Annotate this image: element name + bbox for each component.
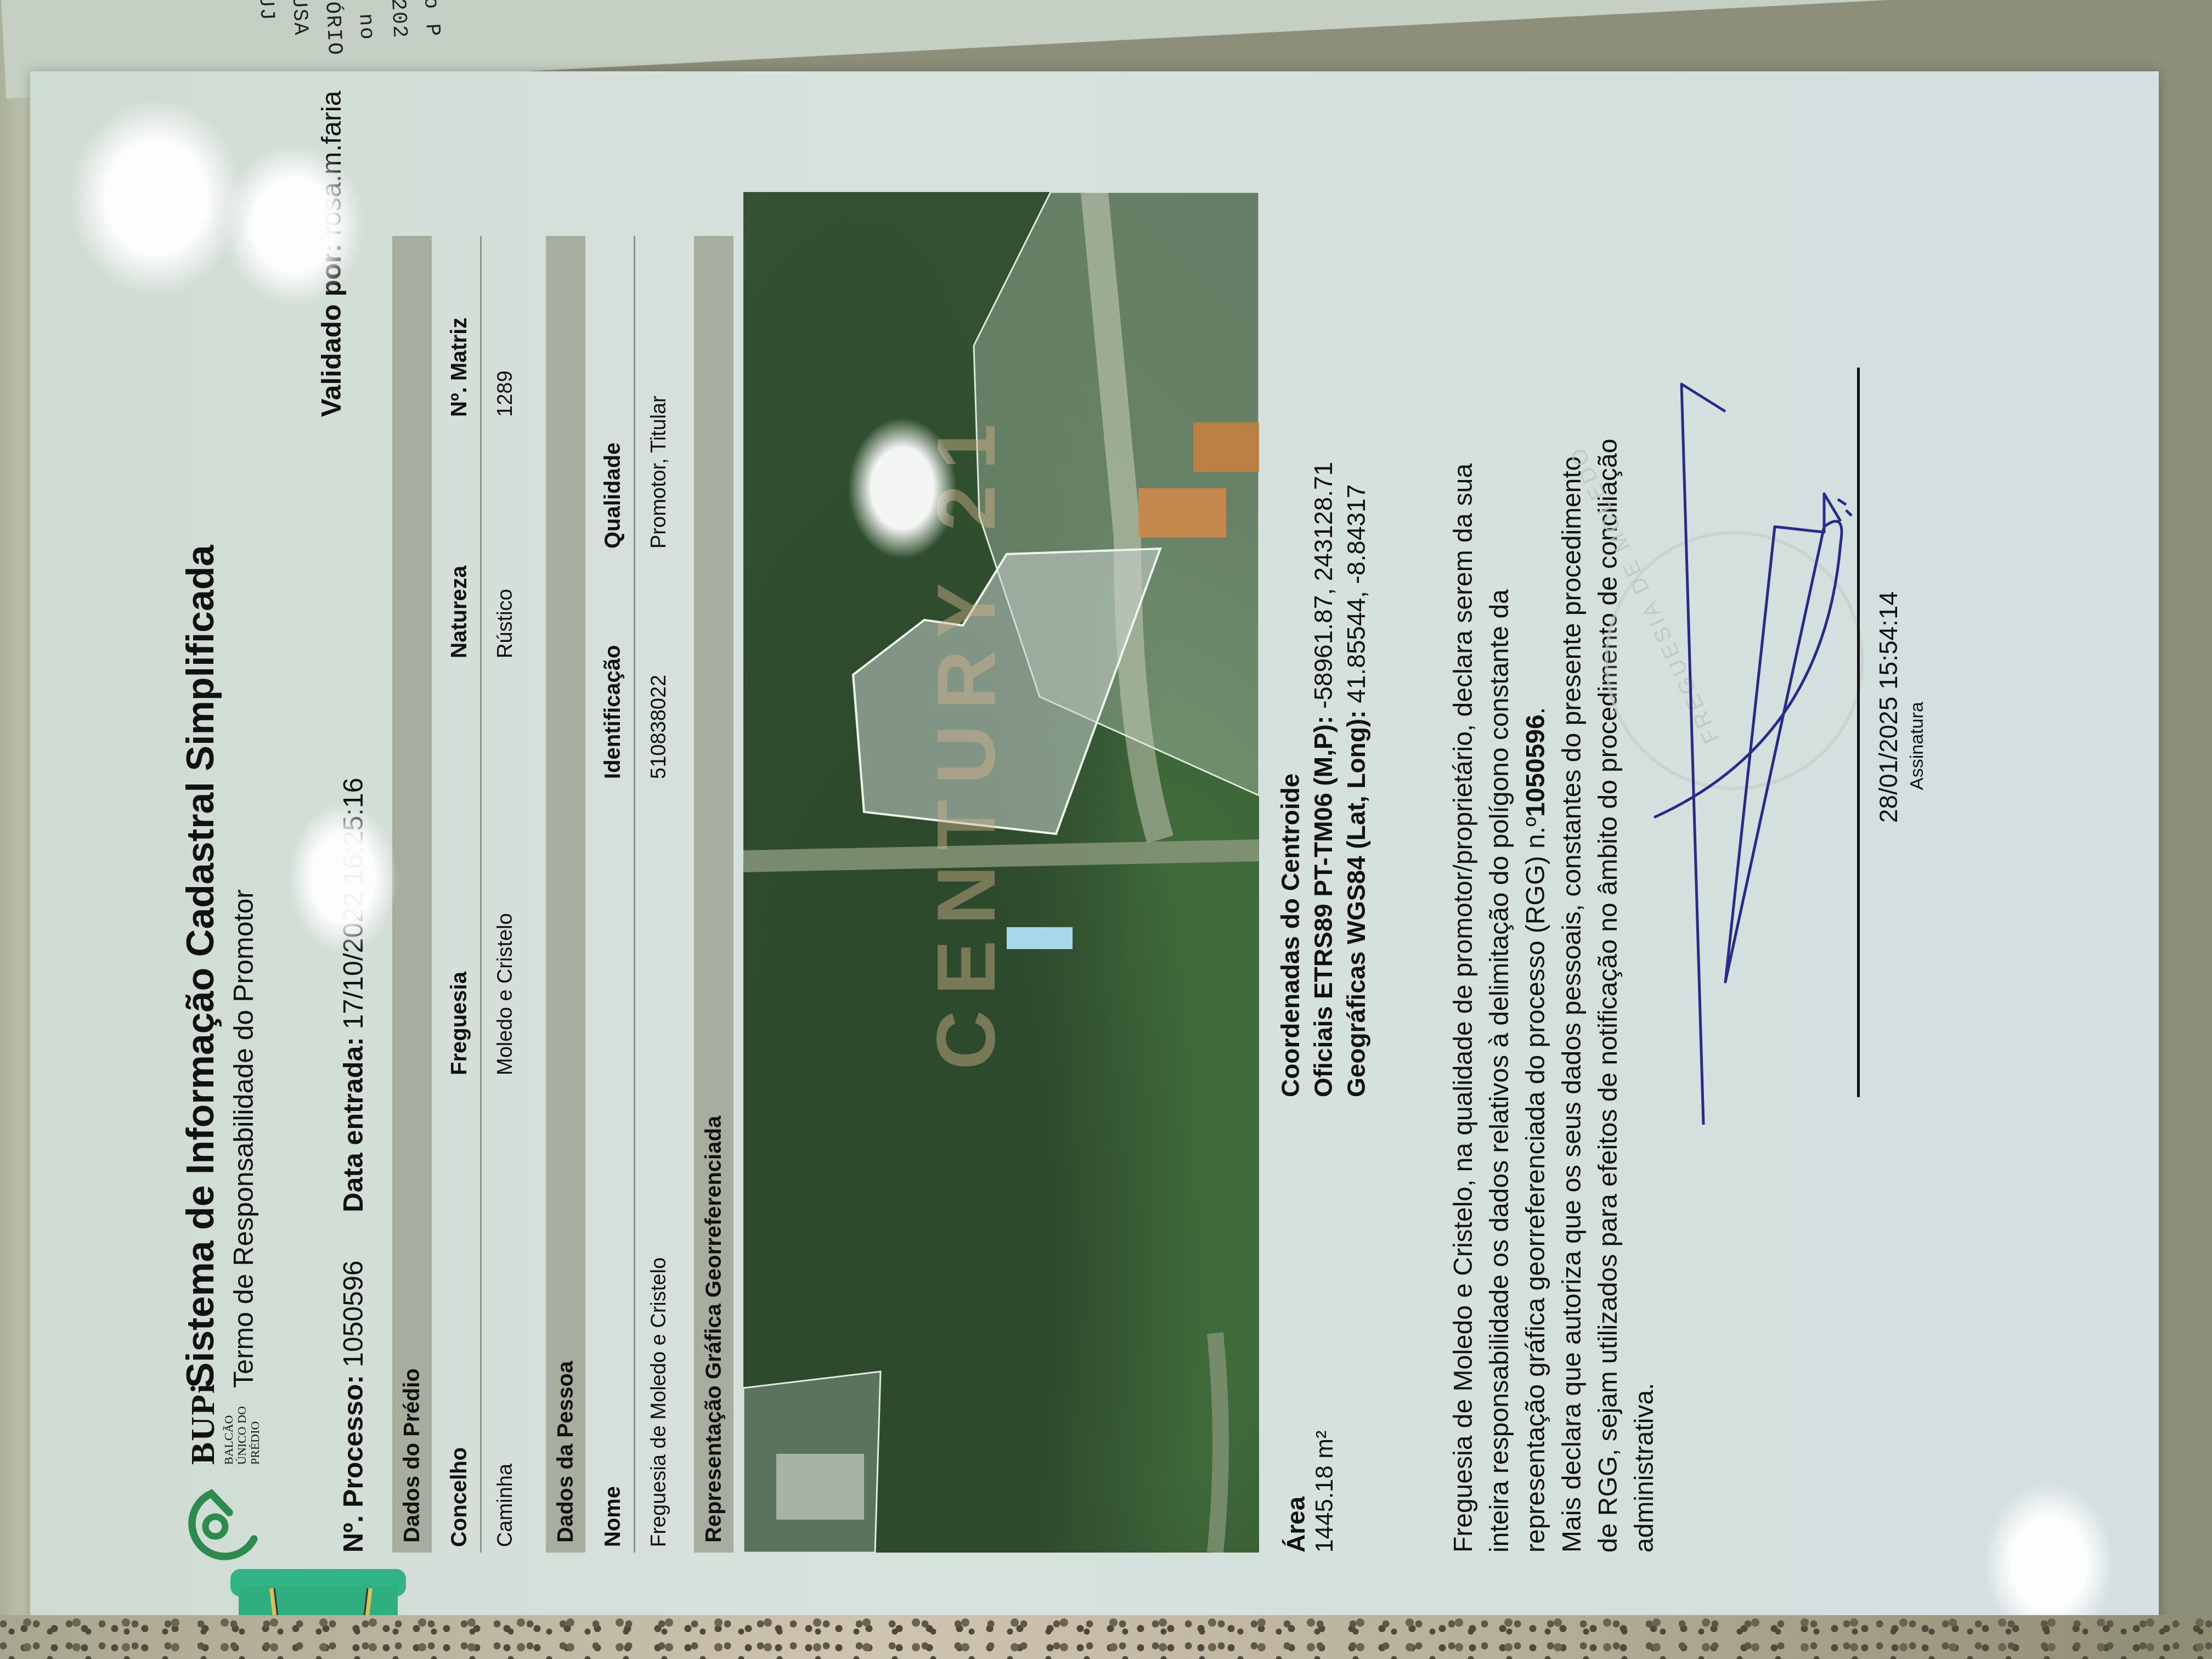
cell-qualidade: Promotor, Titular <box>647 396 671 549</box>
background-text: a do P <box>416 0 444 38</box>
document-page: BUPi BALCÃO ÚNICO DO PRÉDIO Sistema de I… <box>30 71 2159 1646</box>
row-divider <box>634 236 635 1553</box>
declaration-line: Mais declara que autoriza que os seus da… <box>1554 208 1590 1553</box>
row-divider <box>480 236 482 1553</box>
background-text: CAUSA <box>285 0 312 37</box>
declaration-line: Freguesia de Moledo e Cristelo, na quali… <box>1446 208 1482 1553</box>
area-label: Área <box>1281 1497 1311 1553</box>
declaration-line: de RGG, sejam utilizados para efeitos de… <box>1590 208 1627 1553</box>
cell-matriz: 1289 <box>494 370 517 417</box>
signature-label: Assinatura <box>1906 702 1928 790</box>
background-text: ado no <box>351 0 379 41</box>
handwritten-signature <box>1643 357 1874 1125</box>
processo-label: Nº. Processo: <box>338 1375 369 1553</box>
process-number: 1050596 <box>1521 714 1550 817</box>
brand-subtitle: BALCÃO ÚNICO DO PRÉDIO <box>222 1388 262 1465</box>
signature-line <box>1857 368 1860 1097</box>
background-text: VISÓRIO <box>318 0 346 57</box>
signature-date: 28/01/2025 15:54:14 <box>1874 591 1903 823</box>
light-glare <box>848 417 957 560</box>
declaration-line: inteira responsabilidade os dados relati… <box>1482 208 1518 1553</box>
col-concelho: Concelho <box>447 1447 472 1547</box>
countertop-surface <box>0 1615 2212 1659</box>
section-dados-predio: Dados do Prédio <box>392 236 432 1553</box>
cell-natureza: Rústico <box>494 589 517 658</box>
col-natureza: Natureza <box>447 566 472 658</box>
cell-identificacao: 510838022 <box>647 675 671 779</box>
cell-freguesia: Moledo e Cristelo <box>494 913 517 1075</box>
col-nome: Nome <box>601 1486 625 1547</box>
area-value: 1445.18 m² <box>1311 1430 1339 1553</box>
data-entrada-label: Data entrada: <box>338 1037 369 1212</box>
col-matriz: Nº. Matriz <box>447 318 472 417</box>
brand-name: BUPi <box>184 1383 223 1465</box>
background-text: SUJ <box>253 0 279 22</box>
document-title: Sistema de Informação Cadastral Simplifi… <box>178 545 222 1388</box>
official-label: Oficiais ETRS89 PT-TM06 (M,P): <box>1309 716 1338 1097</box>
geographic-label: Geográficas WGS84 (Lat, Long): <box>1342 710 1370 1097</box>
cell-concelho: Caminha <box>494 1464 517 1547</box>
official-value: -58961.87, 243128.71 <box>1309 462 1338 709</box>
background-text: 04 11 <box>855 0 882 1</box>
cell-nome: Freguesia de Moledo e Cristelo <box>647 1257 671 1547</box>
col-qualidade: Qualidade <box>601 443 625 549</box>
geographic-value: 41.85544, -8.84317 <box>1342 484 1370 703</box>
col-identificacao: Identificação <box>601 645 625 779</box>
document-photo: BUPi BALCÃO ÚNICO DO PRÉDIO Sistema de I… <box>30 71 2159 1646</box>
document-subtitle: Termo de Responsabilidade do Promotor <box>228 889 259 1388</box>
col-freguesia: Freguesia <box>447 972 472 1075</box>
coordinates-geographic: Geográficas WGS84 (Lat, Long): 41.85544,… <box>1341 484 1371 1097</box>
processo-value: 1050596 <box>338 1261 369 1368</box>
bupi-logo-icon <box>178 1481 261 1564</box>
background-text: de 202 <box>383 0 411 39</box>
section-dados-pessoa: Dados da Pessoa <box>546 236 585 1553</box>
coordinates-official: Oficiais ETRS89 PT-TM06 (M,P): -58961.87… <box>1308 462 1338 1097</box>
coordinates-title: Coordenadas do Centroide <box>1276 774 1305 1097</box>
light-glare <box>69 99 244 296</box>
light-glare <box>222 143 365 307</box>
declaration-line: representação gráfica georreferenciada d… <box>1518 208 1554 1553</box>
section-representacao: Representação Gráfica Georreferenciada <box>694 236 733 1553</box>
declaration-text: Freguesia de Moledo e Cristelo, na quali… <box>1446 208 1663 1553</box>
light-glare <box>288 801 398 955</box>
